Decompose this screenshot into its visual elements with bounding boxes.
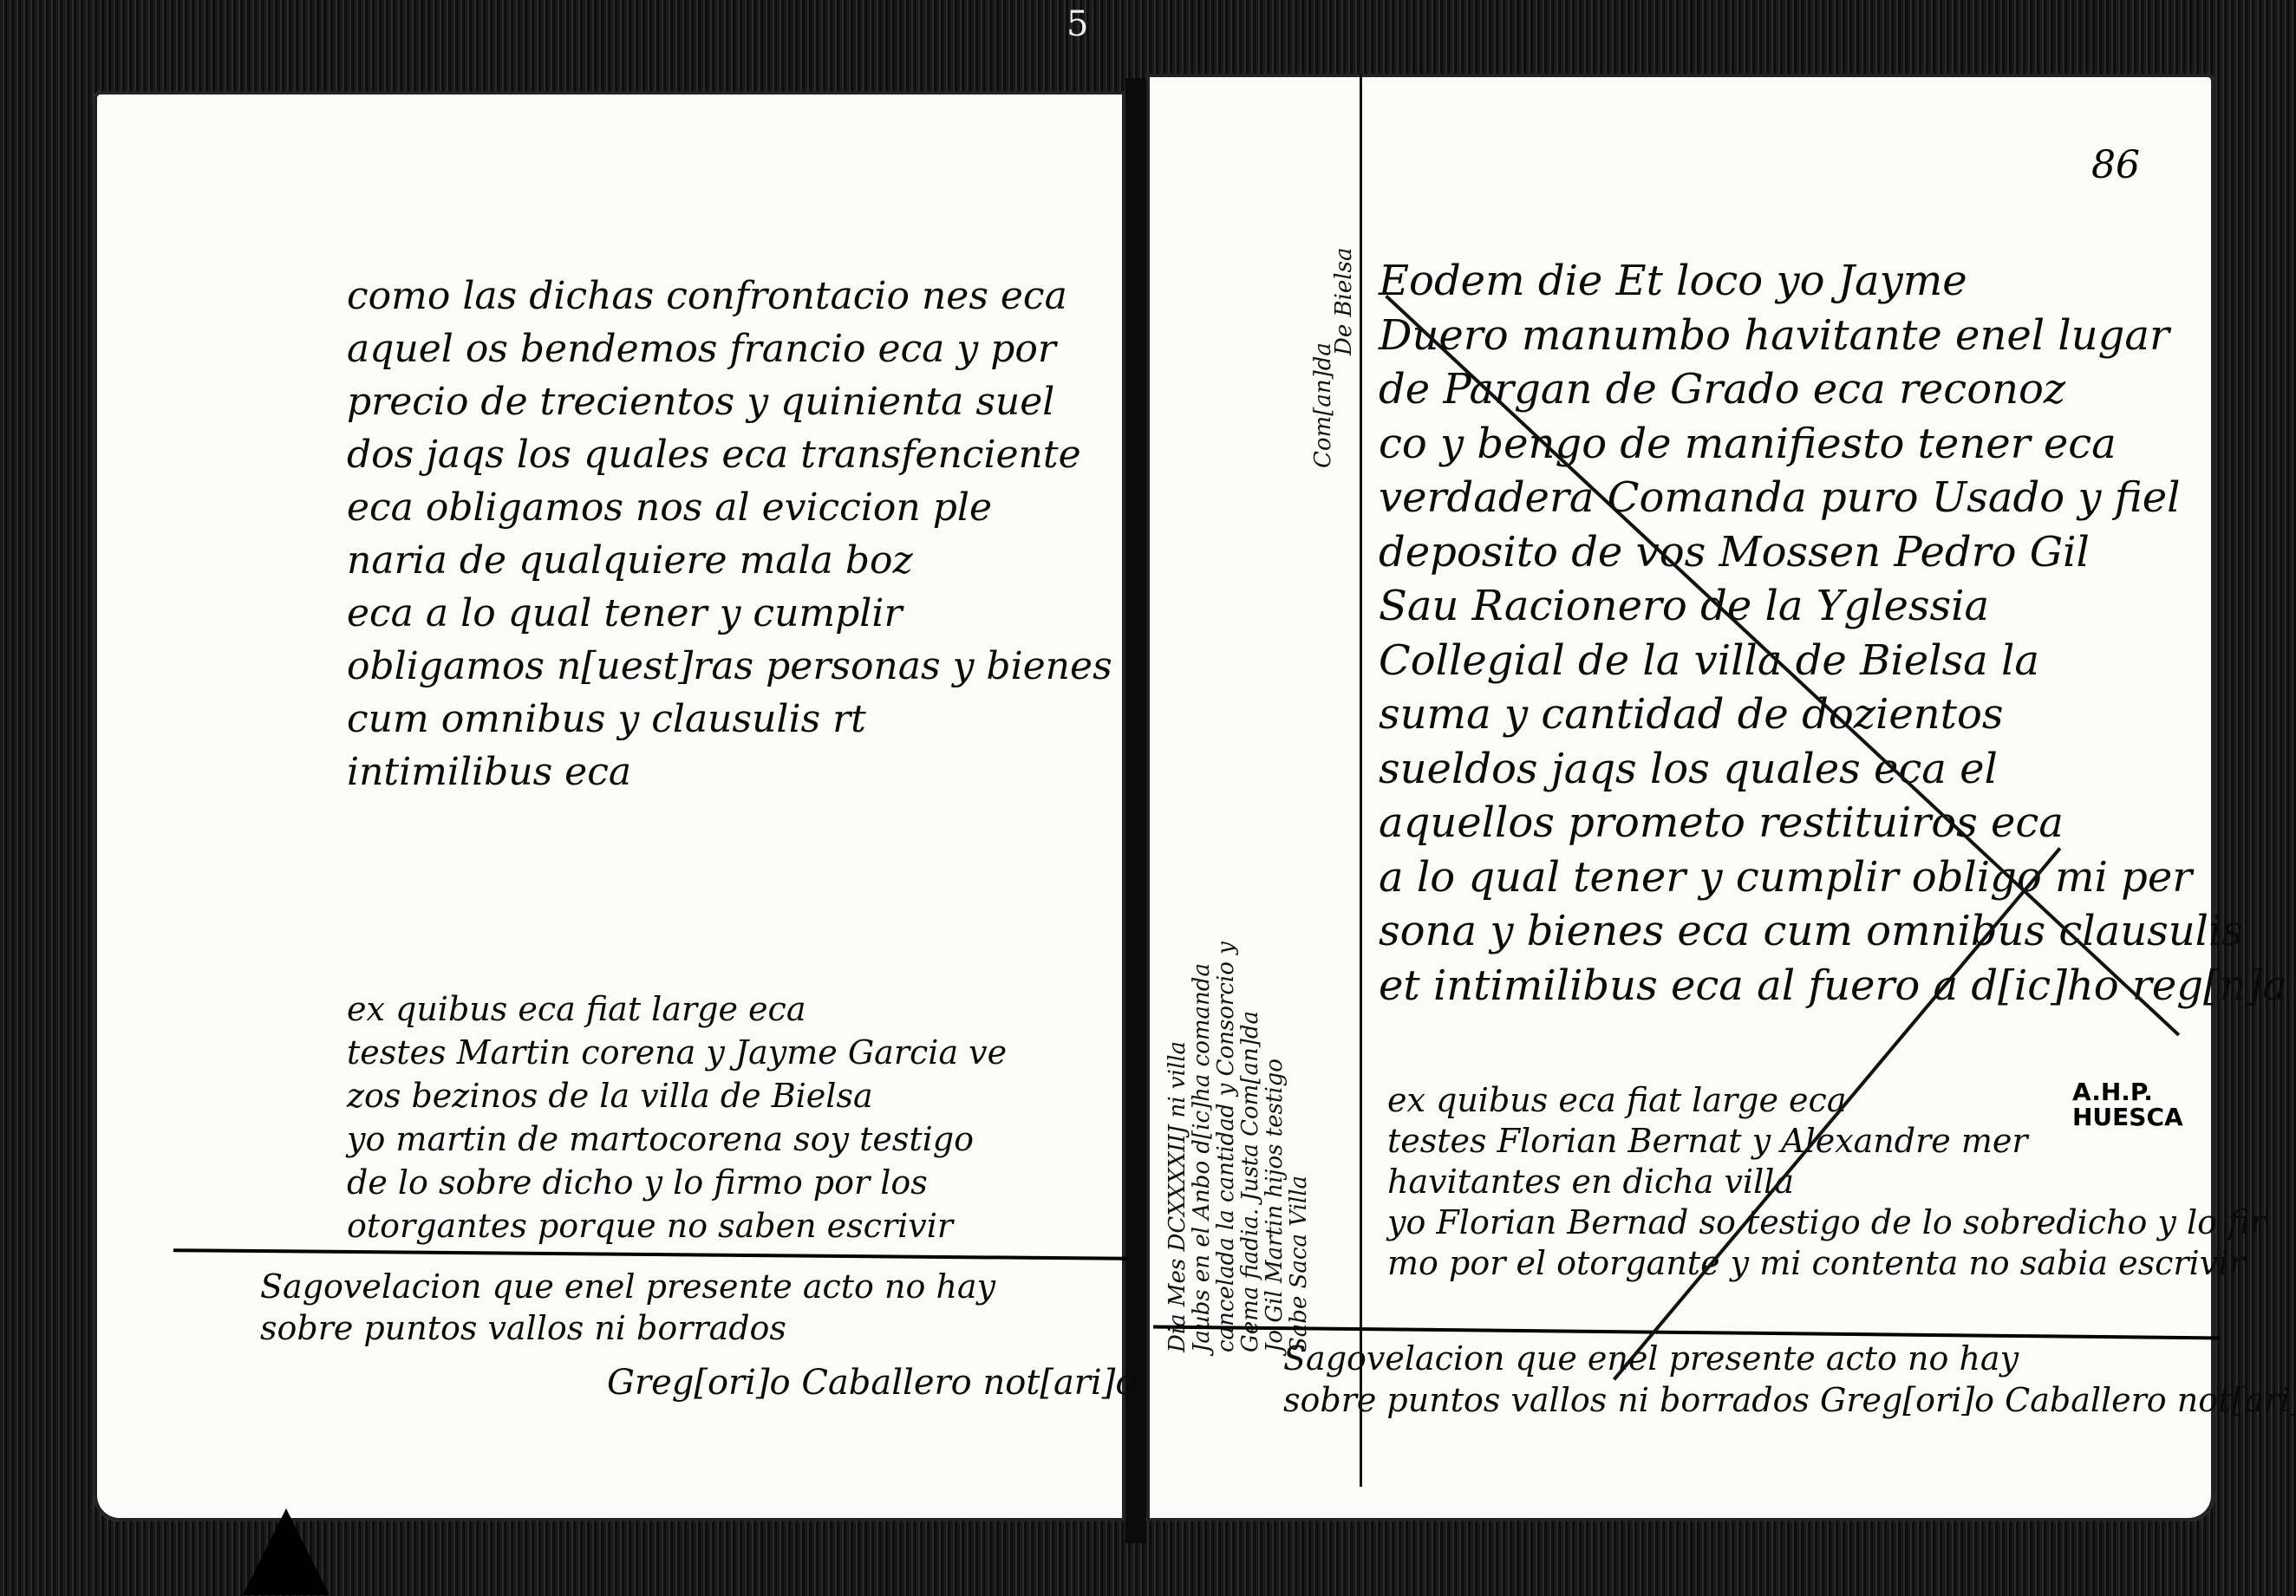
text-line: de lo sobre dicho y lo firmo por los	[347, 1166, 1007, 1209]
stamp-line: HUESCA	[2072, 1104, 2183, 1130]
text-line: De Bielsa	[1331, 248, 1357, 355]
text-line: Sagovelacion que enel presente acto no h…	[1283, 1342, 2296, 1384]
text-line: havitantes en dicha villa	[1387, 1165, 2266, 1206]
left-main-text: como las dichas confrontacio nes eca aqu…	[347, 277, 1112, 806]
right-closing-text: Sagovelacion que enel presente acto no h…	[1283, 1342, 2296, 1425]
page-corner-mark	[243, 1508, 329, 1595]
marginal-note: Dia Mes DCXXXXIIJ ni villa Jaubs en el A…	[1166, 121, 1357, 1352]
text-line: Jaubs en el Anbo d[ic]ha comanda	[1189, 963, 1215, 1352]
text-line: yo martin de martocorena soy testigo	[347, 1123, 1007, 1166]
text-line: ex quibus eca fiat large eca	[347, 993, 1007, 1036]
text-line: cancelada la cantidad y Consorcio y	[1213, 941, 1239, 1352]
text-line: sona y bienes eca cum omnibus clausulis	[1379, 910, 2287, 965]
text-line: cum omnibus y clausulis rt	[347, 700, 1112, 753]
text-line: Gema fiadia. Justa Com[an]da	[1237, 1011, 1263, 1352]
right-main-text: Eodem die Et loco yo Jayme Duero manumbo…	[1379, 260, 2287, 1019]
text-line: precio de trecientos y quinienta suel	[347, 383, 1112, 436]
text-line: deposito de vos Mossen Pedro Gil	[1379, 531, 2287, 586]
text-line: a lo qual tener y cumplir obligo mi per	[1379, 857, 2287, 911]
archive-stamp: A.H.P. HUESCA	[2072, 1079, 2183, 1130]
text-line: intimilibus eca	[347, 753, 1112, 806]
text-line: co y bengo de manifiesto tener eca	[1379, 423, 2287, 478]
header-mark: 5	[1066, 4, 1088, 44]
margin-rule	[1360, 74, 1362, 1487]
text-line: eca a lo qual tener y cumplir	[347, 595, 1112, 648]
text-line: zos bezinos de la villa de Bielsa	[347, 1079, 1007, 1123]
text-line: sobre puntos vallos ni borrados	[260, 1312, 995, 1353]
text-line: Duero manumbo havitante enel lugar	[1379, 315, 2287, 369]
text-line: naria de qualquiere mala boz	[347, 542, 1112, 595]
text-line: Dia Mes DCXXXXIIJ ni villa	[1164, 1041, 1190, 1352]
text-line: aquellos prometo restituiros eca	[1379, 802, 2287, 857]
text-line: testes Martin corena y Jayme Garcia ve	[347, 1036, 1007, 1079]
text-line: Sagovelacion que enel presente acto no h…	[260, 1270, 995, 1312]
text-line: otorgantes porque no saben escrivir	[347, 1209, 1007, 1253]
text-line: dos jaqs los quales eca transfenciente	[347, 436, 1112, 489]
text-line: Eodem die Et loco yo Jayme	[1379, 260, 2287, 315]
text-line: verdadera Comanda puro Usado y fiel	[1379, 477, 2287, 531]
text-line: Collegial de la villa de Bielsa la	[1379, 640, 2287, 694]
text-line: sobre puntos vallos ni borrados Greg[ori…	[1283, 1384, 2296, 1425]
text-line: obligamos n[uest]ras personas y bienes	[347, 648, 1112, 700]
text-line: como las dichas confrontacio nes eca	[347, 277, 1112, 330]
text-line: suma y cantidad de dozientos	[1379, 694, 2287, 748]
text-line: aquel os bendemos francio eca y por	[347, 330, 1112, 383]
text-line: sueldos jaqs los quales eca el	[1379, 748, 2287, 803]
text-line: yo Florian Bernad so testigo de lo sobre…	[1387, 1206, 2266, 1247]
page-number: 86	[2091, 143, 2140, 187]
text-line: Jo Gil Martin hijos testigo	[1262, 1059, 1288, 1352]
left-closing-text: Sagovelacion que enel presente acto no h…	[260, 1270, 995, 1353]
left-witness-text: ex quibus eca fiat large eca testes Mart…	[347, 993, 1007, 1253]
book-gutter	[1125, 78, 1146, 1543]
stamp-line: A.H.P.	[2072, 1079, 2183, 1104]
text-line: Com[an]da	[1310, 342, 1336, 468]
text-line: mo por el otorgante y mi contenta no sab…	[1387, 1247, 2266, 1287]
text-line: eca obligamos nos al eviccion ple	[347, 489, 1112, 542]
notary-signature: Greg[ori]o Caballero not[ari]o	[607, 1365, 1136, 1400]
text-line: Sau Racionero de la Yglessia	[1379, 585, 2287, 640]
